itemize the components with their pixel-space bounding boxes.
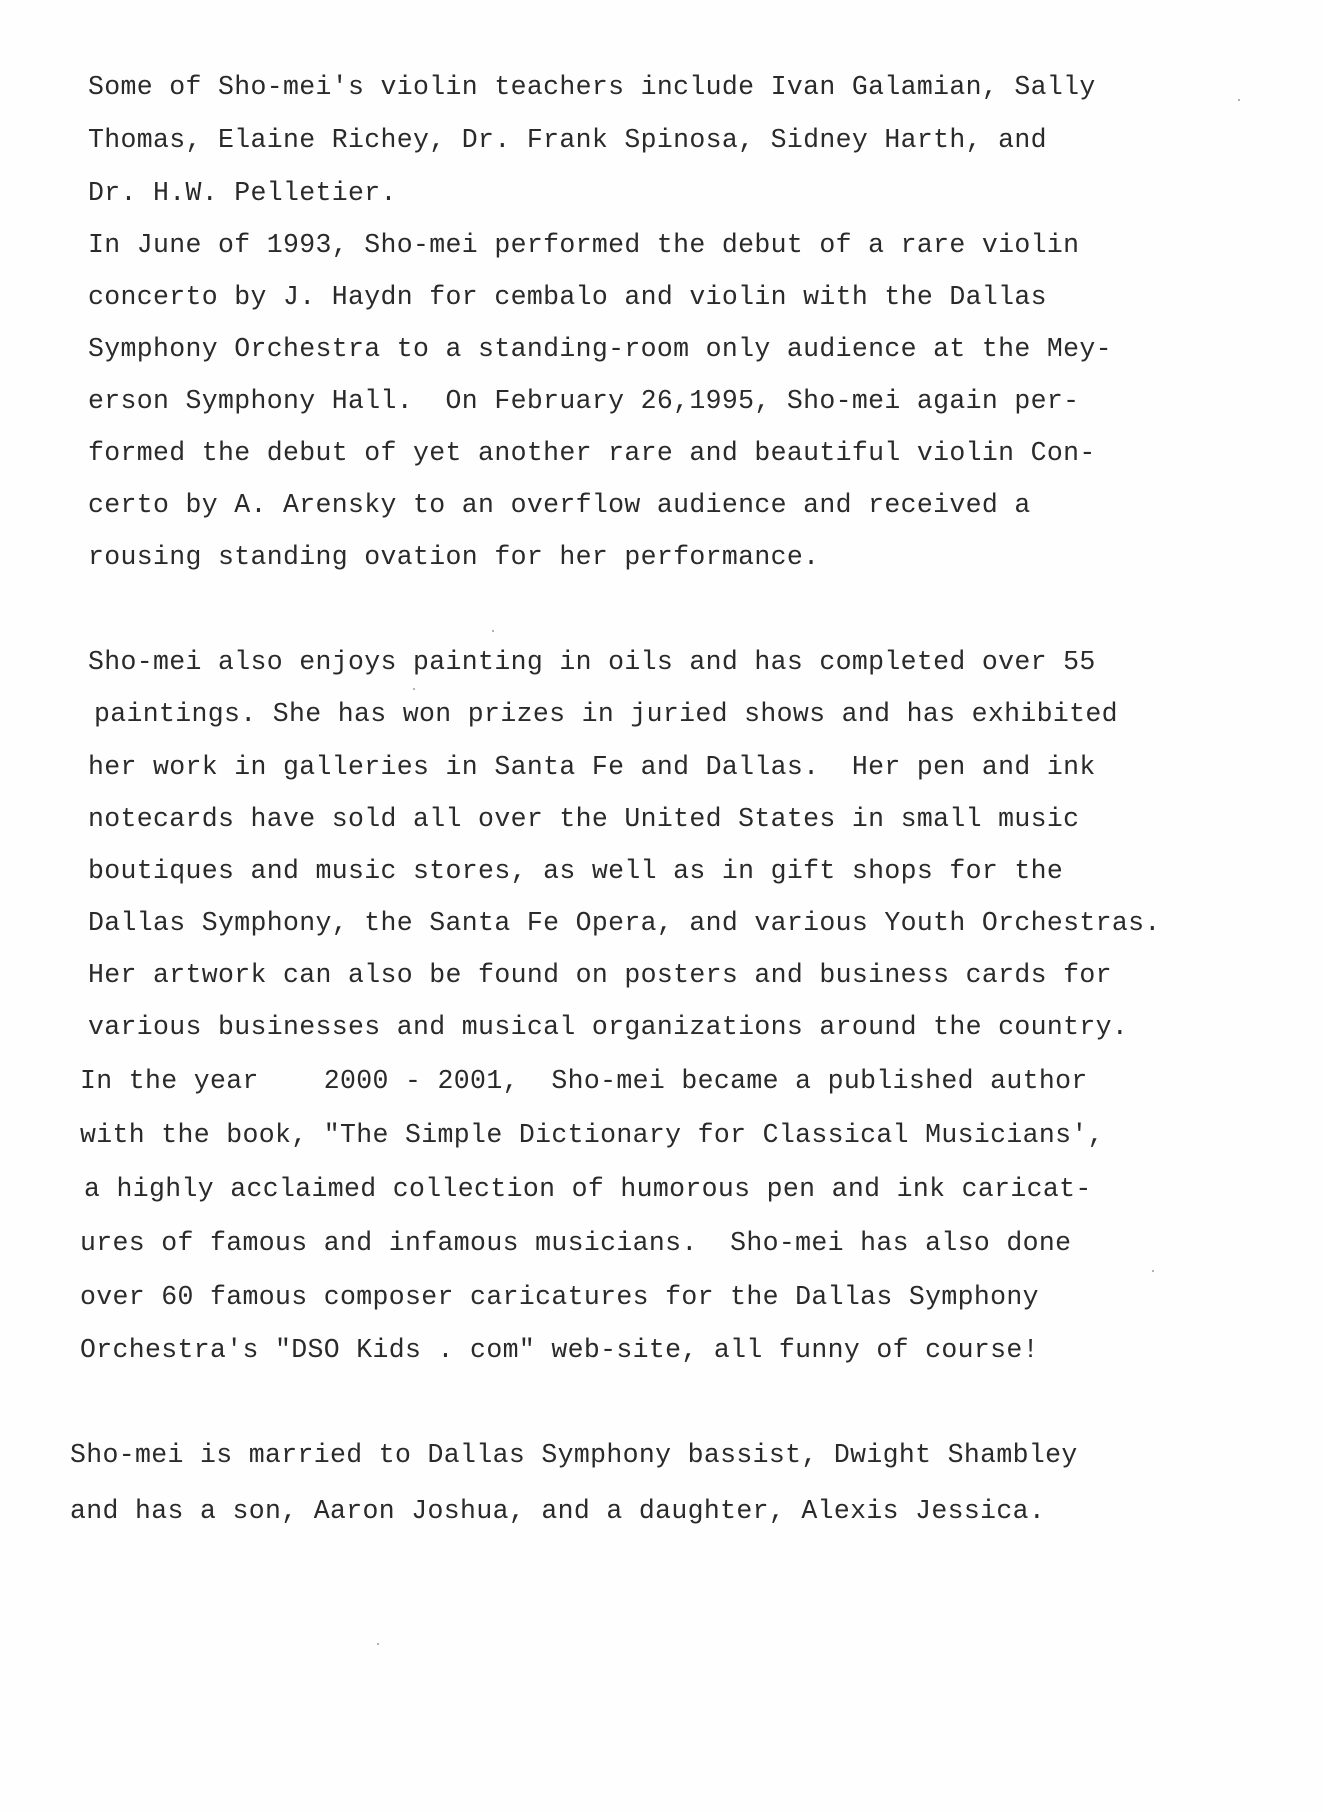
text-line: erson Symphony Hall. On February 26,1995… — [88, 386, 1079, 416]
text-line: rousing standing ovation for her perform… — [88, 542, 819, 572]
text-line: Sho-mei is married to Dallas Symphony ba… — [70, 1440, 1078, 1470]
text-line: Some of Sho-mei's violin teachers includ… — [88, 72, 1096, 102]
text-line: with the book, "The Simple Dictionary fo… — [80, 1120, 1104, 1150]
text-line: her work in galleries in Santa Fe and Da… — [88, 752, 1096, 782]
text-line: In June of 1993, Sho-mei performed the d… — [88, 230, 1079, 260]
text-line: certo by A. Arensky to an overflow audie… — [88, 490, 1031, 520]
scan-speck — [1152, 1270, 1154, 1272]
text-line: Symphony Orchestra to a standing-room on… — [88, 334, 1112, 364]
text-line: a highly acclaimed collection of humorou… — [84, 1174, 1092, 1204]
text-line: Sho-mei also enjoys painting in oils and… — [88, 647, 1096, 677]
scanned-document-page: Some of Sho-mei's violin teachers includ… — [0, 0, 1323, 1812]
text-line: Orchestra's "DSO Kids . com" web-site, a… — [80, 1335, 1039, 1365]
text-line: various businesses and musical organizat… — [88, 1012, 1128, 1042]
text-line: Thomas, Elaine Richey, Dr. Frank Spinosa… — [88, 125, 1047, 155]
text-line: Dallas Symphony, the Santa Fe Opera, and… — [88, 908, 1161, 938]
scan-speck — [413, 688, 415, 690]
text-line: and has a son, Aaron Joshua, and a daugh… — [70, 1496, 1045, 1526]
text-line: Her artwork can also be found on posters… — [88, 960, 1112, 990]
scan-speck — [1238, 99, 1240, 101]
scan-speck — [377, 1643, 379, 1645]
text-line: paintings. She has won prizes in juried … — [94, 699, 1118, 729]
text-line: concerto by J. Haydn for cembalo and vio… — [88, 282, 1047, 312]
text-line: notecards have sold all over the United … — [88, 804, 1079, 834]
scan-speck — [492, 630, 494, 632]
text-line: In the year 2000 - 2001, Sho-mei became … — [80, 1066, 1088, 1096]
text-line: ures of famous and infamous musicians. S… — [80, 1228, 1071, 1258]
text-line: over 60 famous composer caricatures for … — [80, 1282, 1039, 1312]
text-line: Dr. H.W. Pelletier. — [88, 178, 397, 208]
text-line: formed the debut of yet another rare and… — [88, 438, 1096, 468]
text-line: boutiques and music stores, as well as i… — [88, 856, 1063, 886]
